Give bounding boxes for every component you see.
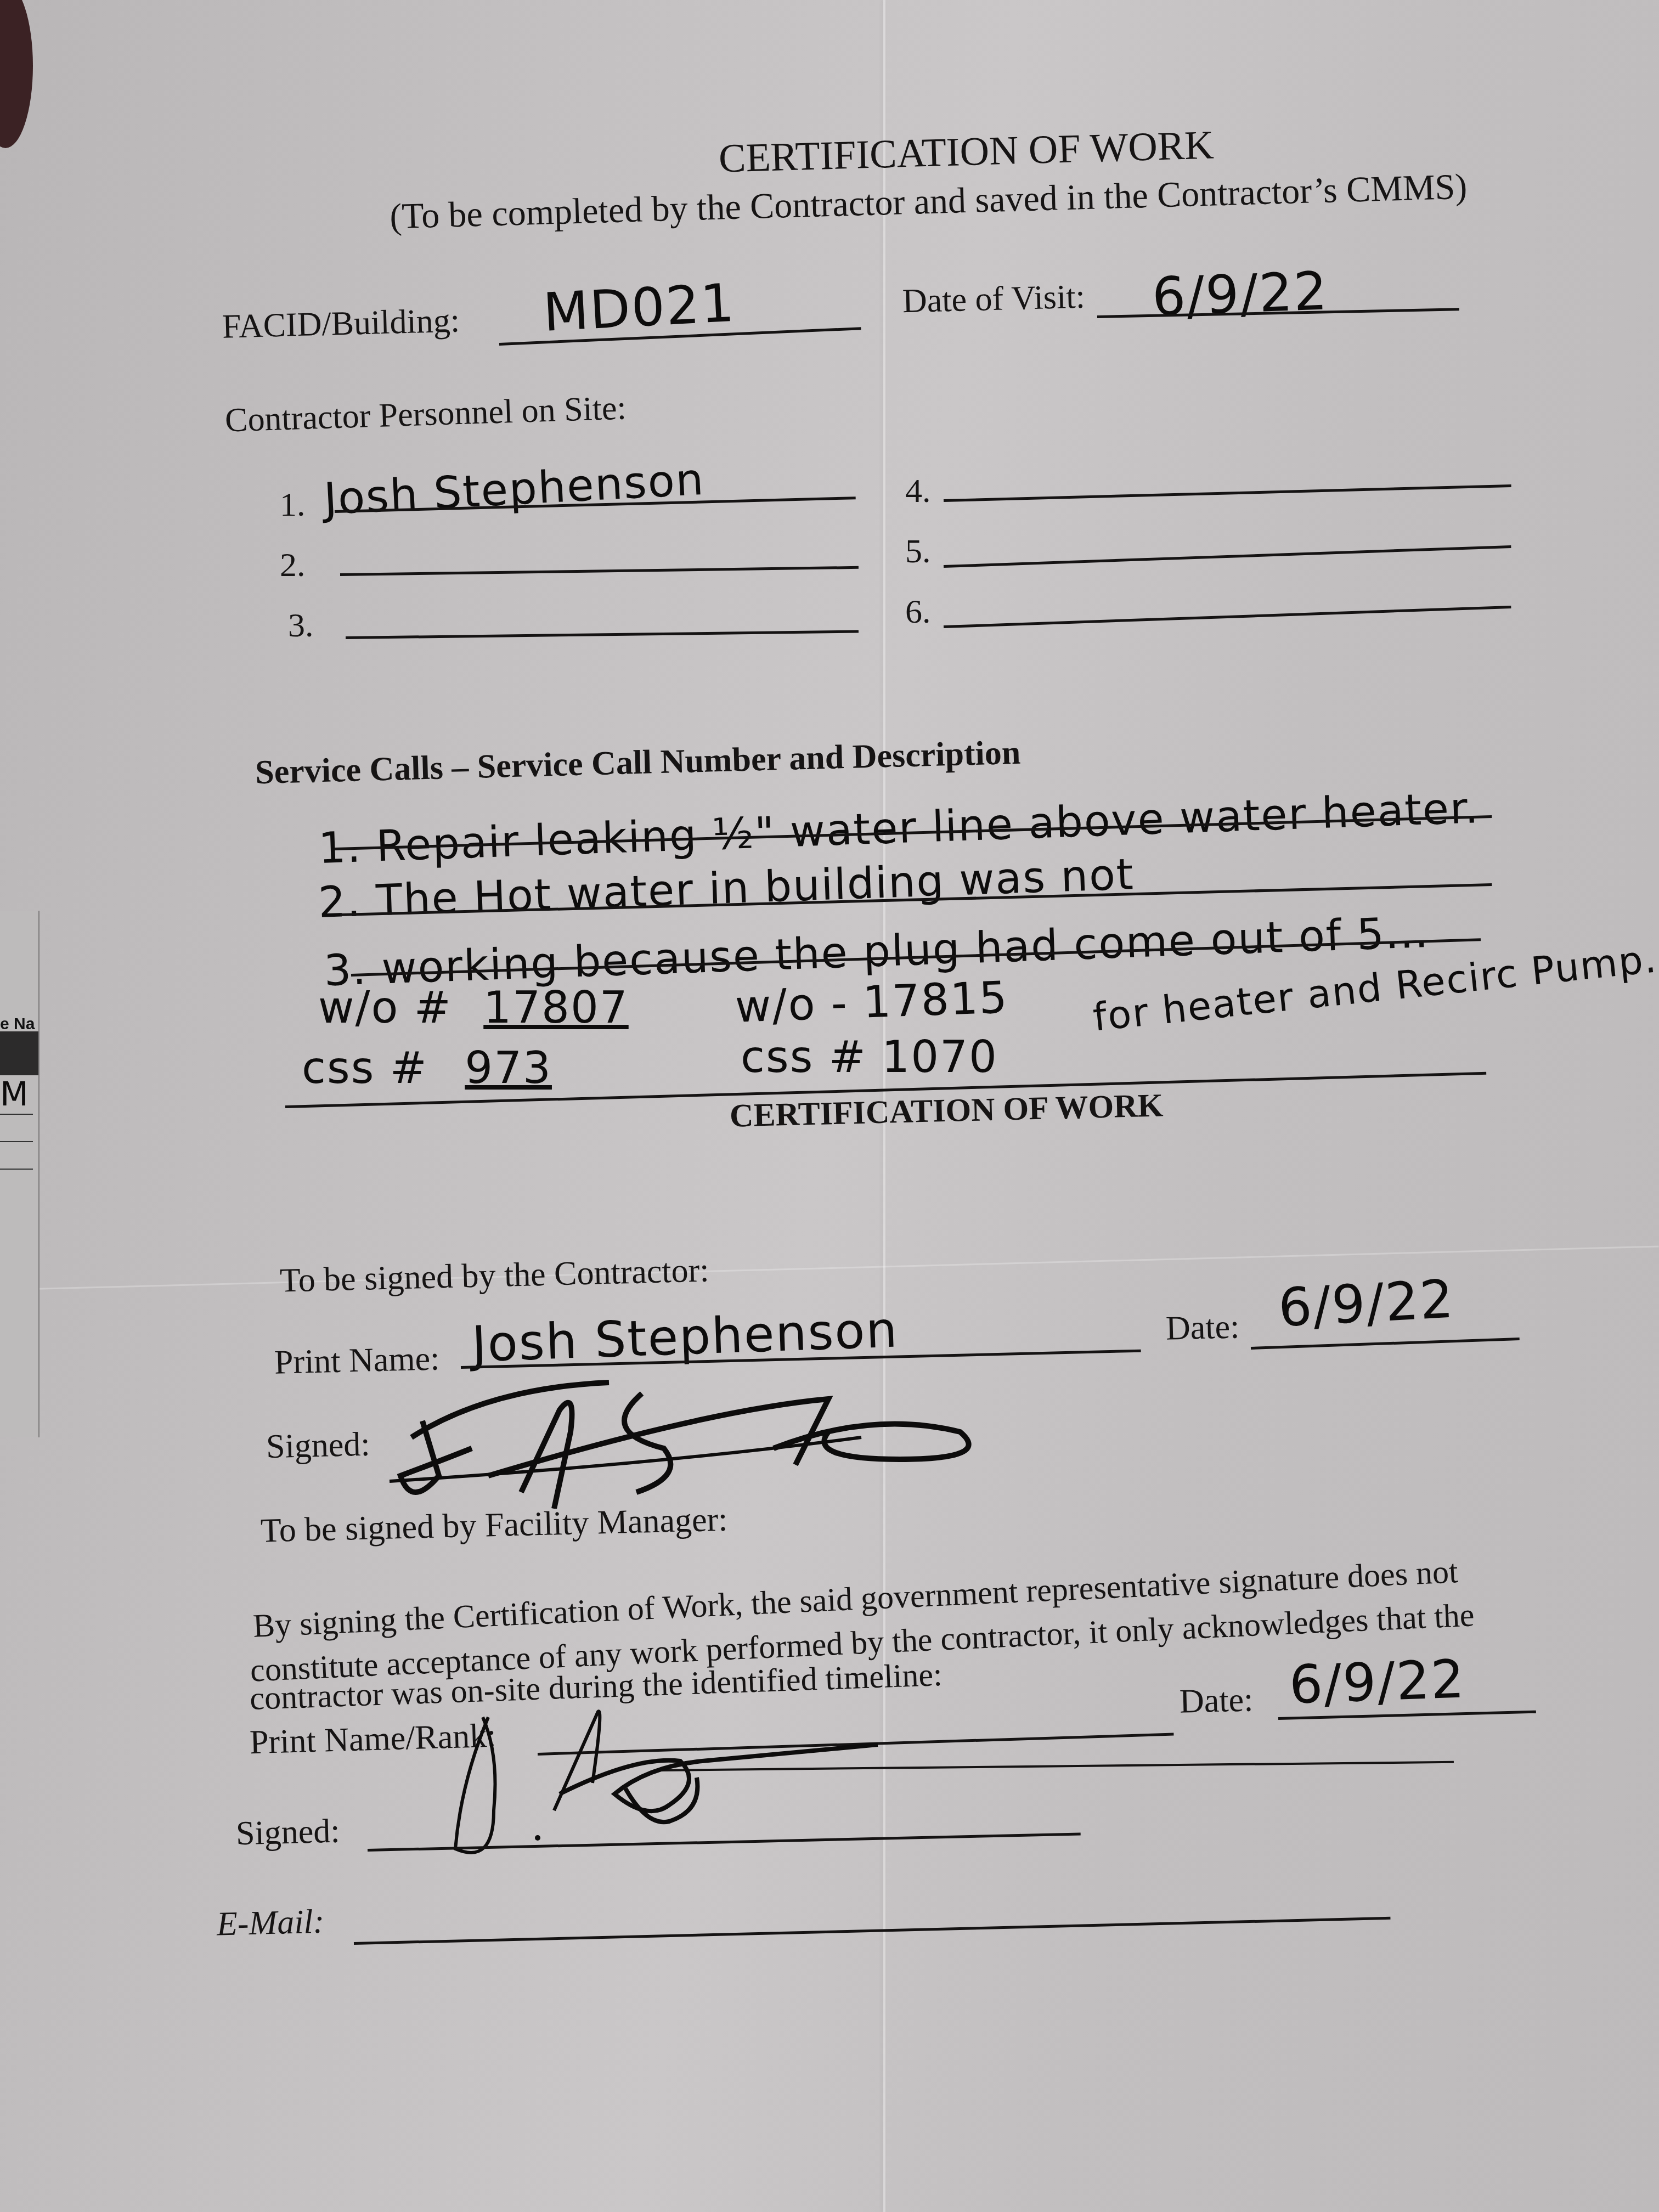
- contractor-signed-label: Signed:: [266, 1425, 370, 1467]
- date-of-visit-value[interactable]: 6/9/22: [1151, 260, 1329, 328]
- underlying-document-rule: [0, 1141, 33, 1142]
- css-1-value: 973: [465, 1042, 552, 1093]
- contractor-signature[interactable]: [379, 1366, 1125, 1509]
- contractor-date-label: Date:: [1165, 1307, 1240, 1348]
- facid-value[interactable]: MD021: [541, 272, 736, 343]
- contractor-date-value[interactable]: 6/9/22: [1277, 1268, 1455, 1339]
- underlying-document-rule: [0, 1114, 33, 1115]
- service-line-2-number: 2.: [318, 877, 363, 928]
- work-order-1[interactable]: w/o # 17807: [318, 982, 629, 1033]
- personnel-5-number: 5.: [905, 532, 931, 571]
- manager-date-value[interactable]: 6/9/22: [1288, 1648, 1466, 1716]
- css-2[interactable]: css # 1070: [741, 1031, 998, 1082]
- underlying-document-text: e Na: [0, 1015, 35, 1034]
- work-order-2[interactable]: w/o - 17815: [735, 972, 1009, 1032]
- css-2-value: 1070: [882, 1031, 998, 1082]
- underlying-document-dark-cell: [0, 1031, 38, 1075]
- personnel-6-number: 6.: [905, 592, 931, 631]
- manager-signature[interactable]: [417, 1701, 966, 1865]
- manager-date-label: Date:: [1179, 1680, 1254, 1721]
- underlying-document-handwriting: M: [0, 1075, 30, 1114]
- personnel-3-number: 3.: [288, 606, 314, 645]
- email-label: E-Mail:: [216, 1903, 325, 1944]
- css-2-label: css #: [741, 1031, 867, 1082]
- work-order-2-label: w/o -: [735, 978, 849, 1032]
- underlying-document: e Na M: [0, 911, 39, 1437]
- underlying-document-rule: [0, 1169, 33, 1170]
- work-order-2-value: 17815: [862, 972, 1009, 1028]
- work-order-1-label: w/o #: [318, 982, 452, 1033]
- css-1-label: css #: [302, 1042, 428, 1093]
- personnel-1-number: 1.: [280, 486, 306, 524]
- personnel-4-number: 4.: [905, 472, 931, 511]
- manager-signed-label: Signed:: [235, 1812, 340, 1854]
- work-order-1-value: 17807: [483, 982, 629, 1033]
- personnel-2-number: 2.: [280, 546, 306, 585]
- css-1[interactable]: css # 973: [302, 1042, 552, 1093]
- date-of-visit-label: Date of Visit:: [902, 278, 1085, 321]
- facid-label: FACID/Building:: [222, 301, 460, 346]
